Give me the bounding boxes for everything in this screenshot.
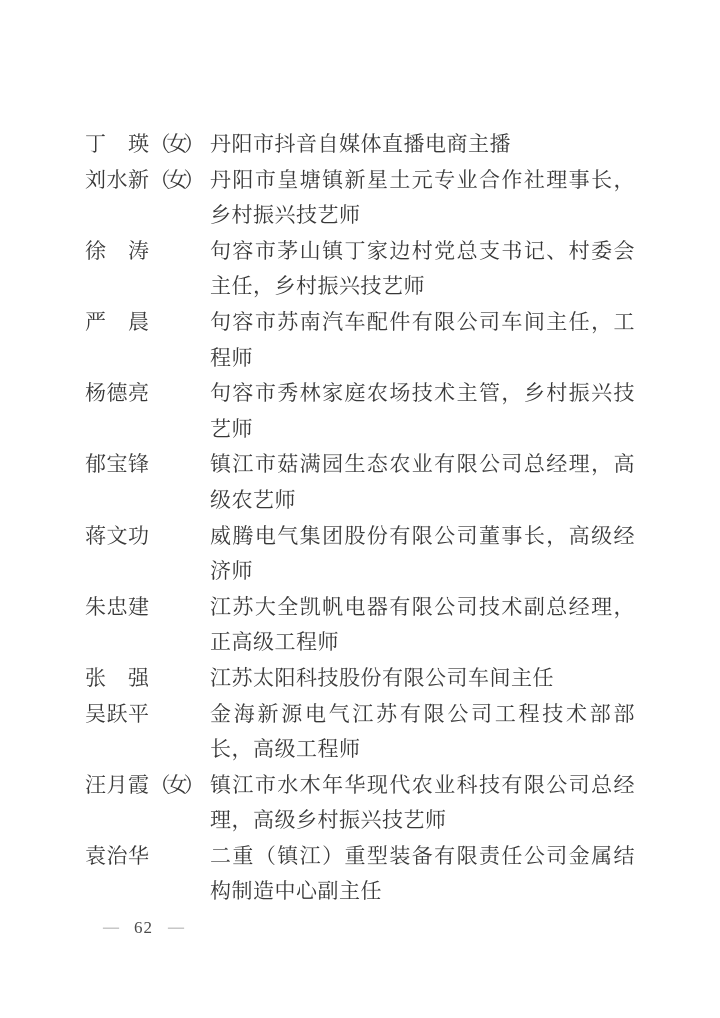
document-page: 丁 瑛（女） 丹阳市抖音自媒体直播电商主播 刘水新（女） 丹阳市皇塘镇新星土元专… (0, 0, 720, 1018)
person-description: 金海新源电气江苏有限公司工程技术部部长，高级工程师 (210, 697, 635, 768)
name-column: 杨德亮 (85, 376, 210, 412)
person-description: 镇江市水木年华现代农业科技有限公司总经理，高级乡村振兴技艺师 (210, 768, 635, 839)
entry-row: 蒋文功 威腾电气集团股份有限公司董事长，高级经济师 (85, 519, 720, 590)
entry-row: 郁宝锋 镇江市菇满园生态农业有限公司总经理，高级农艺师 (85, 447, 720, 518)
person-name: 丁 瑛 (85, 127, 150, 163)
name-column: 张 强 (85, 661, 210, 697)
person-description: 丹阳市抖音自媒体直播电商主播 (210, 127, 635, 163)
entry-row: 徐 涛 句容市茅山镇丁家边村党总支书记、村委会主任，乡村振兴技艺师 (85, 234, 720, 305)
person-name: 吴跃平 (85, 697, 150, 733)
person-description: 句容市苏南汽车配件有限公司车间主任，工程师 (210, 305, 635, 376)
person-name: 严 晨 (85, 305, 150, 341)
person-name: 徐 涛 (85, 234, 150, 270)
person-name: 朱忠建 (85, 590, 150, 626)
person-name: 杨德亮 (85, 376, 150, 412)
person-name: 刘水新 (85, 163, 150, 199)
footer-dash-right: — (168, 919, 184, 937)
name-column: 刘水新（女） (85, 163, 210, 199)
person-name: 汪月霞 (85, 768, 150, 804)
entry-row: 张 强 江苏太阳科技股份有限公司车间主任 (85, 661, 720, 697)
person-description: 二重（镇江）重型装备有限责任公司金属结构制造中心副主任 (210, 839, 635, 910)
entry-row: 丁 瑛（女） 丹阳市抖音自媒体直播电商主播 (85, 127, 720, 163)
person-name: 张 强 (85, 661, 150, 697)
person-description: 句容市秀林家庭农场技术主管，乡村振兴技艺师 (210, 376, 635, 447)
entry-row: 杨德亮 句容市秀林家庭农场技术主管，乡村振兴技艺师 (85, 376, 720, 447)
person-description: 江苏大全凯帆电器有限公司技术副总经理，正高级工程师 (210, 590, 635, 661)
person-description: 句容市茅山镇丁家边村党总支书记、村委会主任，乡村振兴技艺师 (210, 234, 635, 305)
entry-row: 朱忠建 江苏大全凯帆电器有限公司技术副总经理，正高级工程师 (85, 590, 720, 661)
page-number: 62 (134, 918, 153, 938)
person-description: 威腾电气集团股份有限公司董事长，高级经济师 (210, 519, 635, 590)
name-column: 蒋文功 (85, 519, 210, 555)
name-column: 汪月霞（女） (85, 768, 210, 804)
person-description: 丹阳市皇塘镇新星土元专业合作社理事长，乡村振兴技艺师 (210, 163, 635, 234)
person-name: 袁治华 (85, 839, 150, 875)
name-column: 郁宝锋 (85, 447, 210, 483)
gender-label: （女） (150, 163, 201, 199)
entry-row: 刘水新（女） 丹阳市皇塘镇新星土元专业合作社理事长，乡村振兴技艺师 (85, 163, 720, 234)
footer-dash-left: — (103, 919, 119, 937)
entry-row: 袁治华 二重（镇江）重型装备有限责任公司金属结构制造中心副主任 (85, 839, 720, 910)
gender-label: （女） (150, 127, 201, 163)
person-name: 郁宝锋 (85, 447, 150, 483)
entry-row: 严 晨 句容市苏南汽车配件有限公司车间主任，工程师 (85, 305, 720, 376)
name-column: 吴跃平 (85, 697, 210, 733)
gender-label: （女） (150, 768, 201, 804)
name-column: 袁治华 (85, 839, 210, 875)
entry-row: 吴跃平 金海新源电气江苏有限公司工程技术部部长，高级工程师 (85, 697, 720, 768)
page-footer: — 62 — (103, 910, 720, 946)
entry-row: 汪月霞（女） 镇江市水木年华现代农业科技有限公司总经理，高级乡村振兴技艺师 (85, 768, 720, 839)
name-column: 丁 瑛（女） (85, 127, 210, 163)
person-description: 江苏太阳科技股份有限公司车间主任 (210, 661, 635, 697)
name-column: 朱忠建 (85, 590, 210, 626)
name-column: 严 晨 (85, 305, 210, 341)
person-description: 镇江市菇满园生态农业有限公司总经理，高级农艺师 (210, 447, 635, 518)
name-column: 徐 涛 (85, 234, 210, 270)
person-name: 蒋文功 (85, 519, 150, 555)
